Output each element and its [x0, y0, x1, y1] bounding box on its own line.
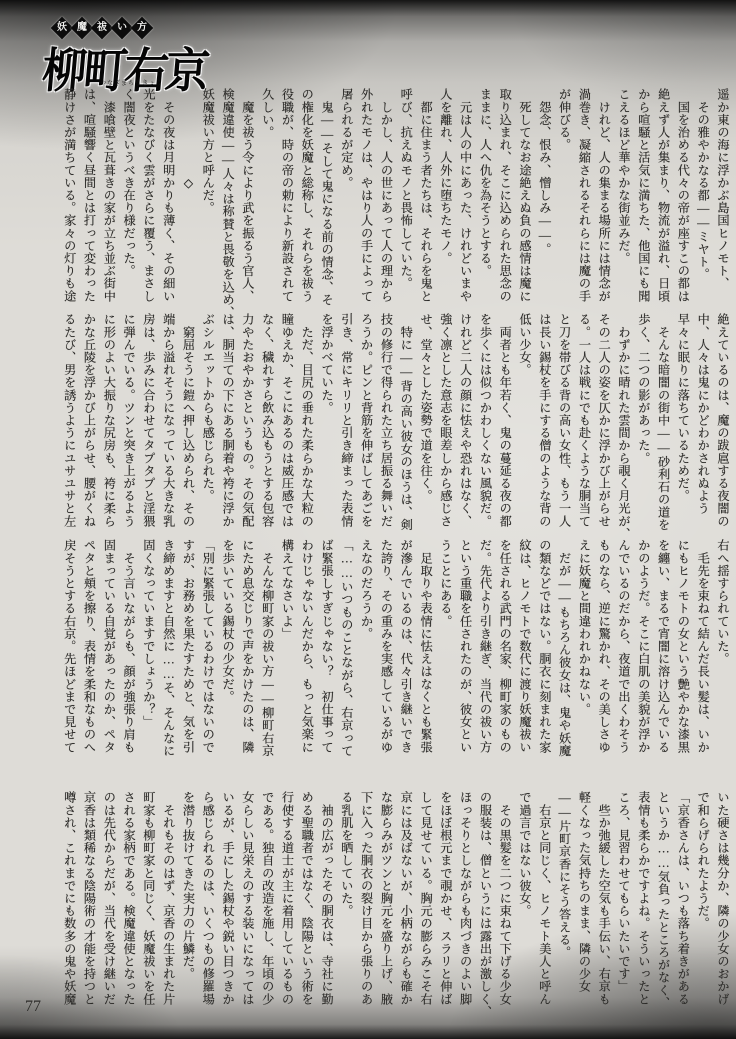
text-band-4: いた硬さは幾分か、隣の少女のおかげ で和らげられたようだ。 「京香さんは、いつも…	[56, 791, 732, 1018]
series-logo: 妖 魔 祓 い 方 柳町右京 やなぎまちうきょう	[34, 6, 244, 92]
text-band-2: 絶えているのは、魔の跋扈する夜闇の 中、人々は鬼にかどわかされぬよう 早々に眠り…	[56, 313, 732, 540]
scanned-novel-page: 妖 魔 祓 い 方 柳町右京 やなぎまちうきょう 遥か東の海に浮かぶ島国ヒノモト…	[0, 0, 736, 1039]
logo-title-reading: やなぎまちうきょう	[100, 78, 163, 87]
text-band-3: 右へ揺すられていた。 毛先を束ねて結んだ長い髪は、いか にもヒノモトの女という艶…	[56, 539, 732, 757]
text-band-1: 遥か東の海に浮かぶ島国ヒノモト、 その雅やかなる都――ミヤト。 国を治める代々の…	[56, 88, 732, 318]
page-number: 77	[25, 998, 41, 1016]
